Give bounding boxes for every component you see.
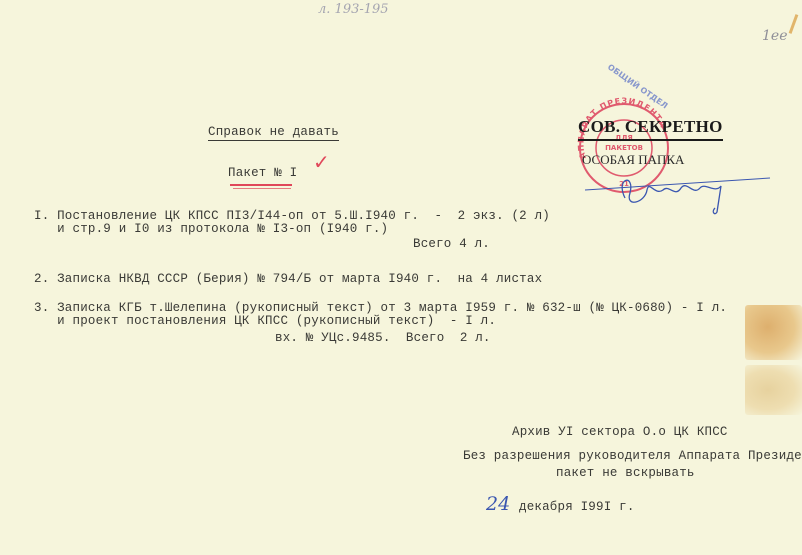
item-1-total: Всего 4 л. [413,237,490,251]
do-not-open-notice: пакет не вскрывать [556,466,695,480]
handwritten-signature-icon [585,168,775,218]
pencil-archive-note: л. 193-195 [318,2,389,17]
item-3-line-1: 3. Записка КГБ т.Шелепина (рукописный те… [34,301,727,315]
archive-label: Архив УI сектора О.о ЦК КПСС [512,425,728,439]
svg-text:ПАКЕТОВ: ПАКЕТОВ [605,144,643,152]
item-3-line-2: и проект постановления ЦК КПСС (рукописн… [34,314,496,328]
item-1-line-2: и стр.9 и I0 из протокола № I3-оп (I940 … [34,222,388,236]
paper-stain-upper [745,305,802,360]
package-number: Пакет № I [228,166,297,180]
handwritten-day: 24 [486,493,510,515]
document-date: декабря I99I г. [519,500,635,514]
special-folder-label: ОСОБАЯ ПАПКА [582,152,684,168]
corner-page-number: 1ее [762,28,787,44]
red-underline-2 [233,188,291,189]
item-3-total: вх. № УЦс.9485. Всего 2 л. [275,331,491,345]
classification-top-secret: СОВ. СЕКРЕТНО [578,117,723,141]
restriction-notice: Без разрешения руководителя Аппарата Пре… [463,449,802,463]
item-1-line-1: I. Постановление ЦК КПСС ПI3/I44-оп от 5… [34,209,550,223]
item-2-line-1: 2. Записка НКВД СССР (Берия) № 794/Б от … [34,272,542,286]
red-underline-1 [230,184,292,186]
red-checkmark-icon: ✓ [313,150,330,174]
no-references-heading: Справок не давать [208,125,339,141]
corner-ink-mark [789,14,799,34]
paper-stain-lower [745,365,802,415]
